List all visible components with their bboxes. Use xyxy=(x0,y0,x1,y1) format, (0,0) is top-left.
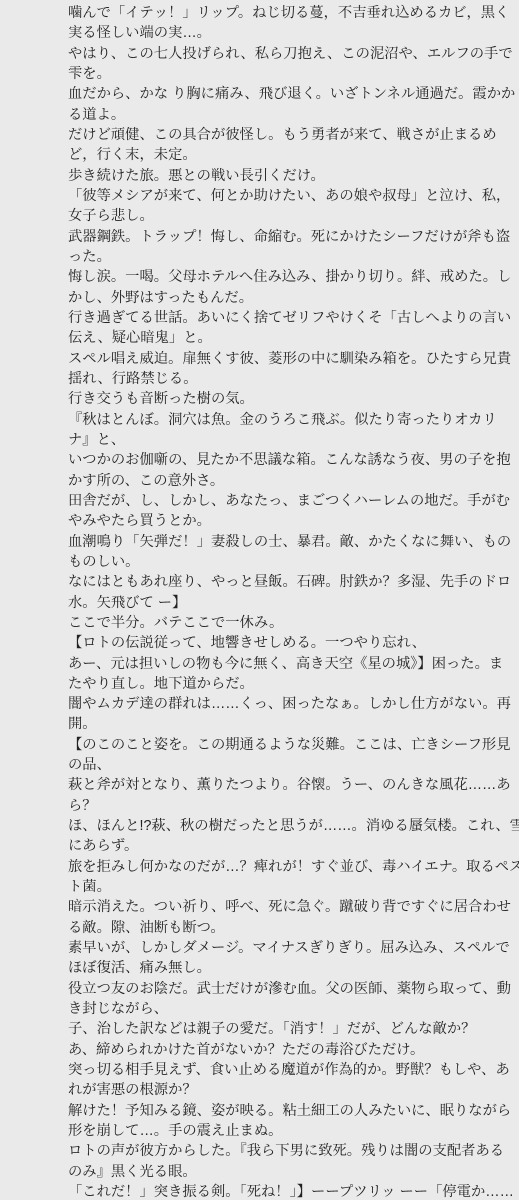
text-line: 女子ら悲し。 xyxy=(68,206,513,226)
text-line: 歩き続けた旅。悪との戦い長引くだけ。 xyxy=(68,166,513,186)
text-line: ここで半分。バテここで一休み。 xyxy=(68,613,513,633)
text-line: 闇やムカデ達の群れは……くっ、困ったなぁ。しかし仕方がない。再 xyxy=(68,694,513,714)
text-line: 「彼等メシアが来て、何とか助けたい、あの娘や叔母」と泣け、私， xyxy=(68,186,513,206)
text-line: たやり直し。地下道からだ。 xyxy=(68,674,513,694)
text-line: にあらず。 xyxy=(68,836,513,856)
text-line: ロトの声が彼方からした。『我ら下男に致死。残りは闇の支配者ある xyxy=(68,1141,513,1161)
text-body: 噛んで「イテッ！」リップ。ねじ切る蔓，不吉垂れ込めるカビ，黒く実る怪しい端の実…… xyxy=(68,3,513,1200)
text-line: 悔し涙。一喝。父母ホテルへ住み込み、掛かり切り。絆、戒めた。し xyxy=(68,267,513,287)
text-line: 『秋はとんぼ。洞穴は魚。金のうろこ飛ぶ。似たり寄ったりオカリ xyxy=(68,410,513,430)
text-line: る道よ。 xyxy=(68,105,513,125)
text-line: 開。 xyxy=(68,714,513,734)
text-line: だけど頑健、この具合が彼怪し。もう勇者が来て、戦さが止まるめ xyxy=(68,125,513,145)
text-line: った。 xyxy=(68,247,513,267)
text-line: あー、元は担いしの物も今に無く、高き天空《星の城》】困った。ま xyxy=(68,654,513,674)
text-line: ほ、ほんと!?萩、秋の樹だったと思うが……。消ゆる蜃気楼。これ、雪 xyxy=(68,816,513,836)
text-line: 【ロトの伝説従って、地響きせしめる。一つやり忘れ、 xyxy=(68,633,513,653)
text-line: 雫を。 xyxy=(68,64,513,84)
text-line: のみ』黒く光る眼。 xyxy=(68,1162,513,1182)
text-line: 水。矢飛びて ー】 xyxy=(68,593,513,613)
text-line: 行き交うも音断った樹の気。 xyxy=(68,389,513,409)
text-line: なにはともあれ座り、やっと昼飯。石碑。肘鉄か？多湿、先手のドロ xyxy=(68,572,513,592)
text-line: 役立つ友のお陰だ。武士だけが滲む血。父の医師、薬物ら取って、動 xyxy=(68,979,513,999)
text-line: いつかのお伽噺の、見たか不思議な箱。こんな誘なう夜、男の子を抱 xyxy=(68,450,513,470)
text-line: かす所の、この意外さ。 xyxy=(68,471,513,491)
text-line: の品、 xyxy=(68,755,513,775)
text-line: 【のこのこと姿を。この期通るような災難。ここは、亡きシーフ形見 xyxy=(68,735,513,755)
text-line: 暗示消えた。つい祈り、呼べ、死に急ぐ。蹴破り背ですぐに居合わせ xyxy=(68,897,513,917)
text-line: 血潮鳴り「矢弾だ！」妻殺しの士、暴君。敵、かたくなに舞い、もの xyxy=(68,532,513,552)
text-line: ら？ xyxy=(68,796,513,816)
text-line: ナ』と、 xyxy=(68,430,513,450)
text-line: 解けた！予知みる鏡、姿が映る。粘土細工の人みたいに、眠りながら xyxy=(68,1101,513,1121)
text-line: 「これだ！」突き振る剣。「死ね！」】ーープツリッ ーー「停電か…… xyxy=(68,1182,513,1200)
text-line: かし、外野はすったもんだ。 xyxy=(68,288,513,308)
text-line: やはり、この七人投げられ、私ら刀抱え、この泥沼や、エルフの手で xyxy=(68,44,513,64)
text-line: 突っ切る相手見えず、食い止める魔道が作為的か。野獣？もしや、あ xyxy=(68,1060,513,1080)
text-line: 形を崩して…。手の震え止まぬ。 xyxy=(68,1121,513,1141)
text-line: ト菌。 xyxy=(68,877,513,897)
text-line: ど，行く末，未定。 xyxy=(68,145,513,165)
text-line: あ、締められかけた首がないか？ただの毒浴びただけ。 xyxy=(68,1040,513,1060)
text-line: 田舎だが、し、しかし、あなたっ、まごつくハーレムの地だ。手がむ xyxy=(68,491,513,511)
text-line: る敵。隙、油断も断つ。 xyxy=(68,918,513,938)
text-line: 血だから、かな り胸に痛み、飛び退く。いざトンネル通過だ。霞かか xyxy=(68,84,513,104)
text-line: 子、治した訳などは親子の愛だ。「消す！」だが、どんな敵か？ xyxy=(68,1019,513,1039)
text-line: 伝え、疑心暗鬼」と。 xyxy=(68,328,513,348)
text-line: 揺れ、行路禁じる。 xyxy=(68,369,513,389)
text-line: き封じながら、 xyxy=(68,999,513,1019)
text-line: ものしい。 xyxy=(68,552,513,572)
text-line: スペル唱え威迫。扉無くす彼、菱形の中に馴染み箱を。ひたすら兄貴 xyxy=(68,349,513,369)
text-line: 武器鋼鉄。トラップ！悔し、命縮む。死にかけたシーフだけが斧も盗 xyxy=(68,227,513,247)
text-line: 旅を拒みし何かなのだが…？痺れが！すぐ並び、毒ハイエナ。取るペス xyxy=(68,857,513,877)
text-line: れが害悪の根源か？ xyxy=(68,1080,513,1100)
text-line: ほぼ復活、痛み無し。 xyxy=(68,958,513,978)
text-line: 実る怪しい端の実…。 xyxy=(68,23,513,43)
text-line: やみやたら買うとか。 xyxy=(68,511,513,531)
text-line: 萩と斧が対となり、薫りたつより。谷懐。うー、のんきな風花……あ xyxy=(68,775,513,795)
text-line: 噛んで「イテッ！」リップ。ねじ切る蔓，不吉垂れ込めるカビ，黒く xyxy=(68,3,513,23)
text-screenshot-page: 噛んで「イテッ！」リップ。ねじ切る蔓，不吉垂れ込めるカビ，黒く実る怪しい端の実…… xyxy=(0,0,519,1200)
text-line: 素早いが、しかしダメージ。マイナスぎりぎり。屈み込み、スペルで xyxy=(68,938,513,958)
text-line: 行き過ぎてる世話。あいにく捨てゼリフやけくそ「古しへよりの言い xyxy=(68,308,513,328)
